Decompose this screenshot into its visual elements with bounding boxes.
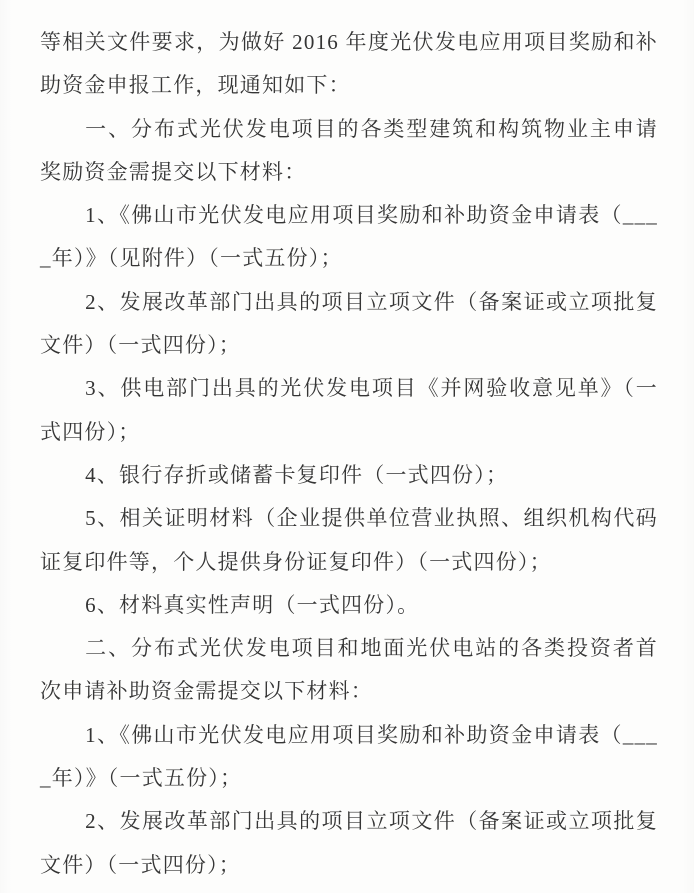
- paragraph-section-1-item-2: 2、发展改革部门出具的项目立项文件（备案证或立项批复文件）（一式四份）；: [40, 281, 658, 368]
- paragraph-section-1-item-5: 5、相关证明材料（企业提供单位营业执照、组织机构代码证复印件等，个人提供身份证复…: [40, 497, 658, 584]
- paragraph-section-1-heading: 一、分布式光伏发电项目的各类型建筑和构筑物业主申请奖励资金需提交以下材料：: [40, 108, 658, 195]
- paragraph-section-2-heading: 二、分布式光伏发电项目和地面光伏电站的各类投资者首次申请补助资金需提交以下材料：: [40, 627, 658, 714]
- paragraph-section-1-item-4: 4、银行存折或储蓄卡复印件（一式四份）；: [40, 454, 658, 497]
- paragraph-section-1-item-3: 3、供电部门出具的光伏发电项目《并网验收意见单》（一式四份）；: [40, 367, 658, 454]
- paragraph-section-2-item-1: 1、《佛山市光伏发电应用项目奖励和补助资金申请表（____年）》（一式五份）；: [40, 714, 658, 801]
- paragraph-section-1-item-1: 1、《佛山市光伏发电应用项目奖励和补助资金申请表（____年）》（见附件）（一式…: [40, 194, 658, 281]
- document-body: 等相关文件要求，为做好 2016 年度光伏发电应用项目奖励和补助资金申报工作，现…: [40, 21, 658, 887]
- paragraph-section-1-item-6: 6、材料真实性声明（一式四份）。: [40, 584, 658, 627]
- document-page: 等相关文件要求，为做好 2016 年度光伏发电应用项目奖励和补助资金申报工作，现…: [0, 0, 694, 893]
- paragraph-section-2-item-2: 2、发展改革部门出具的项目立项文件（备案证或立项批复文件）（一式四份）；: [40, 800, 658, 887]
- paragraph-intro-continuation: 等相关文件要求，为做好 2016 年度光伏发电应用项目奖励和补助资金申报工作，现…: [40, 21, 658, 108]
